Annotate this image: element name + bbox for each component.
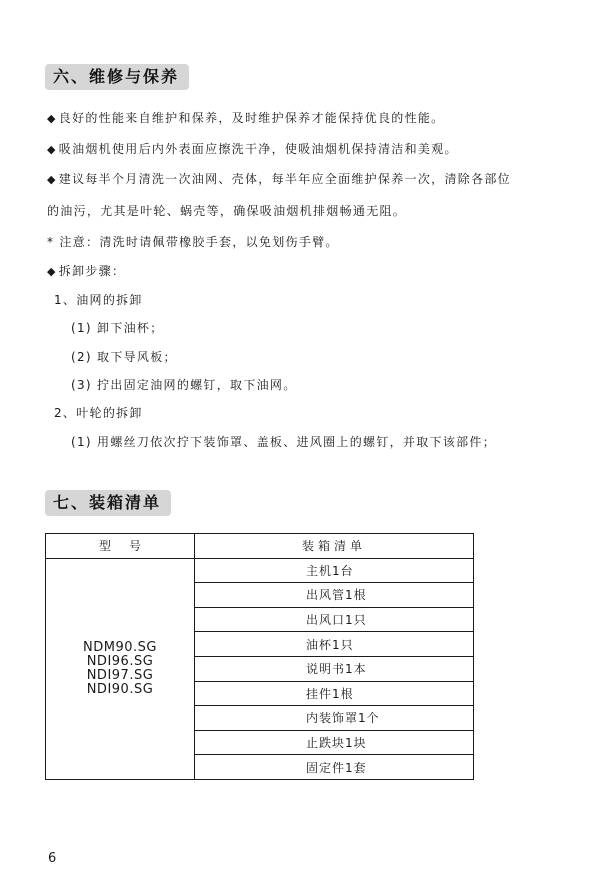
table-header-row: 型号 装箱清单 — [46, 534, 474, 559]
model-list-cell: NDM90.SG NDI96.SG NDI97.SG NDI90.SG — [46, 558, 195, 779]
paragraph-performance: ◆良好的性能来自维护和保养，及时维护保养才能保持优良的性能。 — [47, 111, 444, 126]
packing-item: 主机1台 — [195, 558, 474, 583]
header-items: 装箱清单 — [195, 534, 474, 559]
diamond-bullet-icon: ◆ — [47, 173, 57, 186]
steps-heading: ◆拆卸步骤： — [47, 264, 125, 279]
page-number: 6 — [48, 851, 56, 866]
packing-item: 内装饰罩1个 — [195, 706, 474, 731]
packing-list-table: 型号 装箱清单 NDM90.SG NDI96.SG NDI97.SG NDI90… — [45, 533, 474, 780]
step-1-label: 1、油网的拆卸 — [54, 293, 143, 307]
table-row: NDM90.SG NDI96.SG NDI97.SG NDI90.SG 主机1台 — [46, 558, 474, 583]
model-name: NDI97.SG — [46, 669, 194, 683]
packing-item: 挂件1根 — [195, 681, 474, 706]
step-1-substep-3: (3) 拧出固定油网的螺钉，取下油网。 — [71, 378, 297, 392]
model-name: NDM90.SG — [46, 641, 194, 655]
safety-note: * 注意：清洗时请佩带橡胶手套，以免划伤手臂。 — [47, 235, 339, 249]
step-1-substep-2: (2) 取下导风板； — [71, 350, 177, 364]
step-1-substep-1: (1) 卸下油杯； — [71, 321, 164, 335]
packing-item: 出风管1根 — [195, 583, 474, 608]
packing-item: 油杯1只 — [195, 632, 474, 657]
packing-item: 说明书1本 — [195, 656, 474, 681]
section-title-packing-list: 七、装箱清单 — [45, 490, 171, 516]
step-2-label: 2、叶轮的拆卸 — [54, 406, 143, 420]
packing-item: 止跌块1块 — [195, 730, 474, 755]
step-2-substep-1: (1) 用螺丝刀依次拧下装饰罩、盖板、进风圈上的螺钉，并取下该部件； — [71, 435, 496, 449]
header-model: 型号 — [46, 534, 195, 559]
paragraph-schedule: ◆建议每半个月清洗一次油网、壳体，每半年应全面维护保养一次，清除各部位 — [47, 172, 511, 187]
paragraph-schedule-cont: 的油污，尤其是叶轮、蜗壳等，确保吸油烟机排烟畅通无阻。 — [47, 204, 406, 218]
diamond-bullet-icon: ◆ — [47, 265, 57, 278]
packing-item: 固定件1套 — [195, 755, 474, 780]
paragraph-cleaning: ◆吸油烟机使用后内外表面应擦洗干净，使吸油烟机保持清洁和美观。 — [47, 142, 458, 157]
model-name: NDI90.SG — [46, 683, 194, 697]
section-title-maintenance: 六、维修与保养 — [45, 64, 189, 90]
diamond-bullet-icon: ◆ — [47, 143, 57, 156]
model-name: NDI96.SG — [46, 655, 194, 669]
packing-item: 出风口1只 — [195, 607, 474, 632]
diamond-bullet-icon: ◆ — [47, 112, 57, 125]
